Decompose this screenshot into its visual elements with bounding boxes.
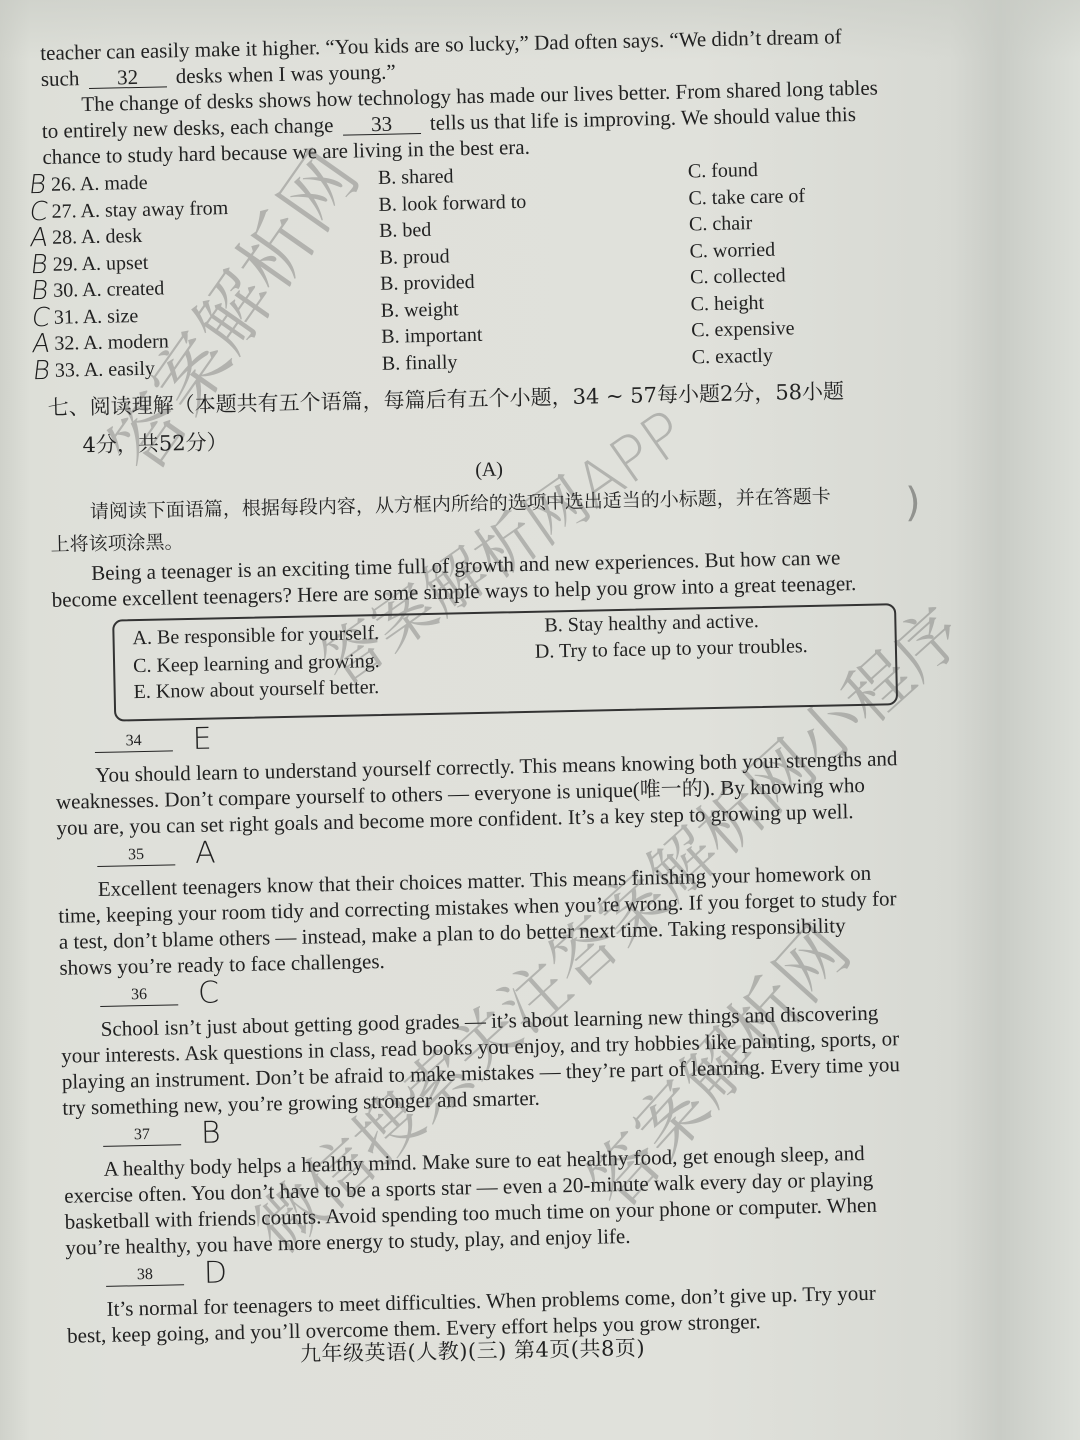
- answer-blank: 34: [95, 730, 173, 753]
- handwritten-answer: A: [195, 836, 216, 871]
- option-c: C. found: [688, 159, 758, 183]
- question-number: 27.: [51, 200, 76, 223]
- handwritten-answer: A: [31, 329, 52, 359]
- handwritten-answer: C: [198, 975, 220, 1010]
- option-a-text: A. easily: [84, 357, 156, 380]
- option-a: 26. A. made: [51, 172, 148, 197]
- handwritten-answer: D: [203, 1255, 227, 1290]
- question-number: 32.: [54, 332, 79, 355]
- option-a-text: A. upset: [81, 251, 148, 274]
- answer-blank: 36: [100, 984, 178, 1007]
- option-c: C. exactly: [692, 344, 774, 369]
- option-a-text: A. stay away from: [80, 197, 228, 222]
- question-number: 31.: [54, 306, 79, 329]
- option-a: 28. A. desk: [52, 225, 142, 250]
- handwritten-answer: E: [192, 722, 212, 757]
- option-a-text: A. made: [80, 172, 148, 195]
- question-number: 28.: [52, 226, 77, 249]
- option-b: B. important: [381, 324, 483, 349]
- option-b: B. finally: [382, 351, 458, 376]
- handwritten-answer: B: [29, 276, 50, 306]
- reading-paragraphs: 34EYou should learn to understand yourse…: [55, 714, 948, 1348]
- option-c: C. take care of: [688, 185, 805, 210]
- box-option-b: B. Stay healthy and active.: [544, 610, 759, 637]
- option-c: C. collected: [690, 264, 786, 289]
- option-a-text: A. size: [82, 305, 138, 328]
- option-a-text: A. desk: [81, 225, 143, 248]
- cloze-options: B26. A. madeB. sharedC. foundC27. A. sta…: [43, 156, 927, 386]
- option-b: B. weight: [381, 298, 459, 323]
- option-c: C. height: [690, 291, 764, 316]
- page-footer: 九年级英语(人教)(三) 第4页(共8页): [300, 1332, 646, 1368]
- blank-32: 32: [88, 66, 166, 89]
- question-number: 26.: [51, 173, 76, 196]
- option-b: B. shared: [378, 165, 454, 190]
- handwritten-answer: A: [28, 223, 49, 253]
- question-number: 33.: [55, 359, 80, 382]
- passage-text: such: [41, 66, 80, 91]
- page-content: teacher can easily make it higher. “You …: [40, 22, 947, 1349]
- option-c: C. chair: [689, 212, 753, 236]
- box-option-d: D. Try to face up to your troubles.: [535, 635, 808, 664]
- heading-options-box: A. Be responsible for yourself. B. Stay …: [112, 603, 898, 721]
- passage-text: desks when I was young.”: [176, 60, 396, 89]
- option-b: B. bed: [379, 219, 432, 243]
- option-a: 29. A. upset: [52, 251, 148, 276]
- box-option-a: A. Be responsible for yourself.: [132, 622, 379, 650]
- option-a: 32. A. modern: [54, 330, 169, 355]
- answer-blank: 38: [106, 1264, 184, 1287]
- question-number: 29.: [52, 253, 77, 276]
- option-b: B. provided: [380, 271, 475, 296]
- blank-33: 33: [342, 113, 420, 136]
- box-option-e: E. Know about yourself better.: [133, 676, 379, 704]
- answer-blank: 37: [103, 1124, 181, 1147]
- handwritten-answer: B: [31, 355, 52, 385]
- handwritten-answer: B: [201, 1115, 221, 1150]
- option-a: 30. A. created: [53, 277, 165, 302]
- handwritten-mark: ): [905, 480, 921, 526]
- option-c: C. expensive: [691, 317, 795, 342]
- handwritten-answer: B: [27, 170, 48, 200]
- box-option-c: C. Keep learning and growing.: [133, 650, 380, 678]
- option-b: B. look forward to: [378, 190, 526, 216]
- option-a-text: A. modern: [83, 330, 169, 354]
- option-a-text: A. created: [82, 277, 165, 301]
- question-number: 30.: [53, 279, 78, 302]
- option-a: 31. A. size: [54, 305, 139, 330]
- option-a: 33. A. easily: [55, 357, 155, 382]
- option-c: C. worried: [689, 238, 775, 263]
- option-b: B. proud: [379, 245, 449, 269]
- answer-blank: 35: [97, 844, 175, 867]
- exam-page: teacher can easily make it higher. “You …: [0, 0, 1080, 1440]
- option-a: 27. A. stay away from: [51, 197, 228, 224]
